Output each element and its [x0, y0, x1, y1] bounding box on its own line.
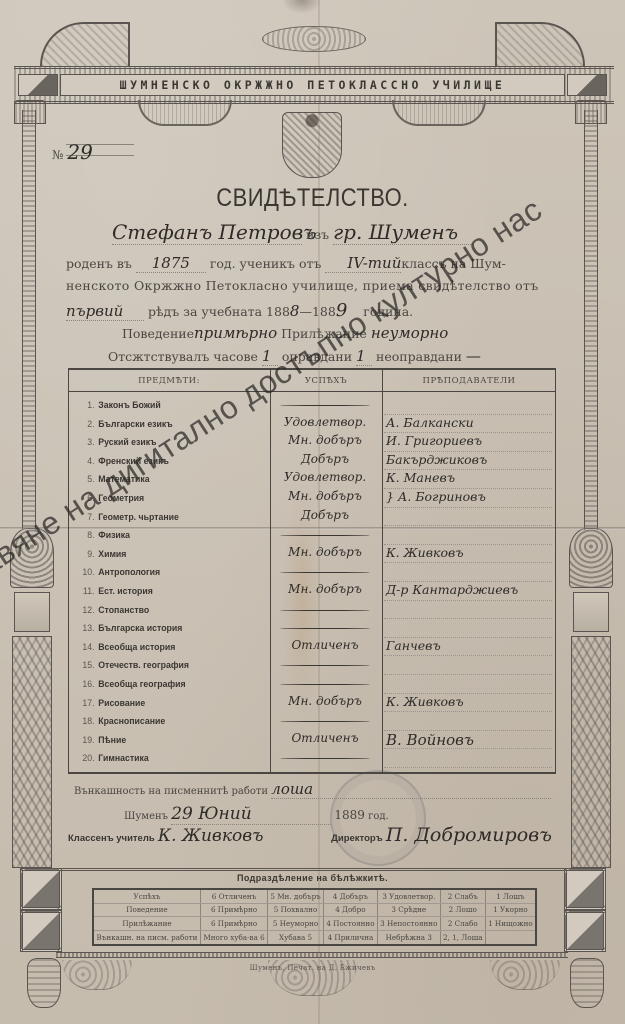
table-row: 16.Всеобща география	[68, 675, 556, 694]
subject: 7.Геометр. чьртание	[78, 512, 262, 523]
absent-label: Отсжтствувалъ часове	[108, 349, 258, 364]
subject: 14.Всеобща история	[78, 642, 262, 653]
grade-value: Мн. добъръ	[270, 433, 380, 447]
table-row: 1.Законъ Божий	[68, 396, 556, 415]
subject: 17.Рисование	[78, 698, 262, 709]
dash-mark	[280, 684, 370, 685]
legend-cell: 2 Слабъ	[440, 890, 485, 903]
legend-cell: 4 Прилична	[324, 931, 378, 944]
conduct-line: Поведениепримѣрно Прилѣжание неуморно	[122, 324, 625, 342]
teacher-sign: Ганчевъ	[386, 638, 556, 653]
teacher-sign: К. Живковъ	[386, 545, 556, 560]
year-suffix: год.	[368, 811, 389, 822]
header-teachers: ПРѢПОДАВАТЕЛИ	[382, 376, 556, 386]
table-row: 3.Руский езикъМн. добъръИ. Григориевъ	[68, 433, 556, 452]
header-subjects: ПРЕДМѢТИ:	[68, 376, 270, 386]
subject-name: Руский езикъ	[98, 437, 156, 448]
table-row: 8.Физика	[68, 526, 556, 545]
row-number: 16.	[78, 679, 95, 690]
dash-mark	[280, 758, 370, 759]
legend-cell: Вънкашн. на писм. работи	[94, 931, 201, 944]
table-row: 9.ХимияМн. добъръК. Живковъ	[68, 545, 556, 564]
right-base-block	[564, 910, 606, 952]
legend-cell: 4 Постоянно	[324, 917, 378, 931]
absence-line: Отсжтствувалъ часове 1 оправдани 1 неопр…	[108, 347, 613, 366]
row-number: 18.	[78, 716, 95, 727]
number-label: №	[52, 148, 63, 162]
rank-value: първий	[66, 302, 144, 321]
subject-name: Ест. история	[98, 586, 153, 597]
table-row: 7.Геометр. чьртаниеДобъръ	[68, 508, 556, 527]
rank-line: първий рѣдъ за учебната 1888—1889 година…	[66, 300, 571, 321]
dash-mark	[280, 628, 370, 629]
table-row: 5.МатематикаУдовлетвор.К. Маневъ	[68, 470, 556, 489]
table-row: 4.Френский езикъДобъръБакърджиковъ	[68, 452, 556, 471]
subject-name: Краснописание	[98, 716, 165, 727]
row-number: 4.	[78, 456, 95, 467]
school-name-band: ШУМНЕНСКО ОКРЖЖНО ПЕТОКЛАССНО УЧИЛИЩЕ	[60, 74, 565, 96]
excused-value: 1	[356, 347, 372, 366]
year-value: 1889	[334, 808, 365, 822]
row-number: 19.	[78, 735, 95, 746]
legend-cell: Небрѣжна 3	[377, 931, 440, 944]
grade-value: Отличенъ	[270, 638, 380, 652]
legend-cell: 3 Удовлетвор.	[377, 890, 440, 903]
class-teacher-signature: К. Живковъ	[158, 826, 328, 846]
subject: 11.Ест. история	[78, 586, 262, 597]
subject: 9.Химия	[78, 549, 262, 560]
right-pillar	[569, 528, 613, 868]
table-row: 17.РисованиеМн. добъръК. Живковъ	[68, 694, 556, 713]
pillar-capital	[569, 528, 613, 588]
subject: 4.Френский езикъ	[78, 456, 262, 467]
legend-cell: Хубава 5	[268, 931, 324, 944]
legend-cell: 2, 1, Лоша	[440, 931, 485, 944]
class-label: классъ на Шум-	[401, 256, 505, 271]
teacher-sign: Бакърджиковъ	[386, 452, 556, 467]
table-row: 20.Гимнастика	[68, 749, 556, 768]
legend-cell: 2 Лошо	[440, 903, 485, 917]
row-number: 1.	[78, 400, 95, 411]
printer-imprint: Шуменъ, Печат. на Д. Бжичевъ	[0, 964, 625, 972]
bottom-border	[56, 952, 568, 958]
school-statement: ненското Окржжно Петокласно училище, при…	[66, 278, 539, 293]
legend-row: Вънкашн. на писм. работиМного хуба-ва 6Х…	[94, 931, 535, 944]
certificate-number: №29	[52, 140, 93, 164]
table-row: 19.ПѣниеОтличенъВ. Войновъ	[68, 731, 556, 750]
subject-name: Гимнастика	[98, 753, 148, 764]
legend-cell: 5 Похвално	[268, 903, 324, 917]
legend-cell: 1 Укорно	[485, 903, 535, 917]
document-title: СВИДѢТЕЛСТВО.	[38, 184, 588, 213]
row-number: 5.	[78, 474, 95, 485]
legend-cell	[485, 931, 535, 944]
row-number: 8.	[78, 530, 95, 541]
unexcused-label: неоправдани	[376, 349, 462, 364]
grade-value: Мн. добъръ	[270, 694, 380, 708]
table-row: 15.Отечеств. география	[68, 656, 556, 675]
row-number: 14.	[78, 642, 95, 653]
subject: 12.Стопанство	[78, 605, 262, 616]
school-year-end: 9	[336, 300, 347, 321]
grade-value: Мн. добъръ	[270, 582, 380, 596]
diligence-value: неуморно	[371, 324, 448, 342]
teacher-sign: А. Балкански	[386, 415, 556, 430]
student-name-line: Стефанъ Петровъ изъ гр. Шуменъ	[112, 220, 617, 245]
grade-value: Мн. добъръ	[270, 489, 380, 503]
written-work-label: Вънкашность на писменнитѣ работи	[74, 786, 268, 797]
legend-cell: 5 Неуморно	[268, 917, 324, 931]
subject: 1.Законъ Божий	[78, 400, 262, 411]
legend-cell: 6 Отличенъ	[201, 890, 268, 903]
conduct-label: Поведение	[122, 326, 194, 341]
subject-name: Геометр. чьртание	[98, 512, 179, 523]
table-row: 10.Антропология	[68, 563, 556, 582]
subject: 2.Български езикъ	[78, 419, 262, 430]
dash-mark	[280, 665, 370, 666]
subject: 10.Антропология	[78, 567, 262, 578]
grade-legend-table: Успѣхъ6 Отличенъ5 Мн. добъръ4 Добъръ3 Уд…	[92, 888, 537, 946]
row-number: 17.	[78, 698, 95, 709]
subject-name: Всеобща география	[98, 679, 185, 690]
teacher-sign: } А. Богриновъ	[386, 489, 556, 504]
legend-cell: 5 Мн. добъръ	[268, 890, 324, 903]
row-number: 6.	[78, 493, 95, 504]
student-name: Стефанъ Петровъ	[112, 220, 302, 245]
grades-table: ПРЕДМѢТИ: УСПѢХЪ ПРѢПОДАВАТЕЛИ 1.Законъ …	[68, 368, 556, 774]
subject: 8.Физика	[78, 530, 262, 541]
absent-hours: 1	[262, 347, 278, 366]
legend-row: Поведение6 Примѣрно5 Похвално4 Добро3 Ср…	[94, 903, 535, 917]
birth-line: роденъ въ 1875 год. ученикъ отъ IV-тийкл…	[66, 254, 571, 273]
table-row: 13.Българска история	[68, 619, 556, 638]
diligence-label: Прилѣжание	[281, 326, 367, 341]
subject-name: Българска история	[98, 623, 182, 634]
legend-cell: 6 Примѣрно	[201, 917, 268, 931]
table-row: 12.Стопанство	[68, 601, 556, 620]
legend-cell: 3 Срѣдне	[377, 903, 440, 917]
legend-cell: Прилѣжание	[94, 917, 201, 931]
left-base-block	[20, 910, 62, 952]
school-name: ШУМНЕНСКО ОКРЖЖНО ПЕТОКЛАССНО УЧИЛИЩЕ	[120, 78, 506, 92]
director-label: Директоръ	[331, 833, 383, 844]
right-corner-ornament	[567, 74, 607, 96]
pillar-shaft	[12, 636, 52, 868]
dash-mark	[280, 721, 370, 722]
subject-name: Отечеств. география	[98, 660, 189, 671]
teacher-sign: Д-р Кантарджиевъ	[386, 582, 556, 597]
from-label: изъ	[306, 227, 329, 242]
legend-cell: Успѣхъ	[94, 890, 201, 903]
school-year-dash: —188	[299, 304, 335, 319]
row-number: 11.	[78, 586, 95, 597]
date-value: 29 Юний	[171, 804, 331, 825]
legend-cell: 2 Слабо	[440, 917, 485, 931]
legend-grid: Успѣхъ6 Отличенъ5 Мн. добъръ4 Добъръ3 Уд…	[94, 890, 535, 944]
dash-mark	[280, 405, 370, 406]
subject: 16.Всеобща география	[78, 679, 262, 690]
legend-cell: 1 Нищожно	[485, 917, 535, 931]
teacher-sign: К. Живковъ	[386, 694, 556, 709]
row-number: 9.	[78, 549, 95, 560]
legend-cell: 4 Добъръ	[324, 890, 378, 903]
subject-name: Всеобща история	[98, 642, 175, 653]
left-border-column	[22, 110, 36, 530]
subject: 13.Българска история	[78, 623, 262, 634]
subject: 5.Математика	[78, 474, 262, 485]
legend-cell: Много хуба-ва 6	[201, 931, 268, 944]
legend-cell: 1 Лошъ	[485, 890, 535, 903]
date-line: Шуменъ 29 Юний 1889 год.	[124, 804, 389, 825]
legend-row: Успѣхъ6 Отличенъ5 Мн. добъръ4 Добъръ3 Уд…	[94, 890, 535, 903]
subject-name: Законъ Божий	[98, 400, 160, 411]
pillar-pedestal	[573, 592, 609, 632]
teacher-sign: К. Маневъ	[386, 470, 556, 485]
grade-value: Отличенъ	[270, 731, 380, 745]
table-row: 11.Ест. историяМн. добъръД-р Кантарджиев…	[68, 582, 556, 601]
legend-cell: 4 Добро	[324, 903, 378, 917]
subject-name: Български езикъ	[98, 419, 172, 430]
row-number: 20.	[78, 753, 95, 764]
number-value: 29	[67, 140, 92, 164]
row-number: 10.	[78, 567, 95, 578]
table-row: 14.Всеобща историяОтличенъГанчевъ	[68, 638, 556, 657]
right-medallion	[392, 100, 486, 126]
birth-year: 1875	[136, 254, 206, 273]
legend-row: Прилѣжание6 Примѣрно5 Неуморно4 Постоянн…	[94, 917, 535, 931]
subject-name: Математика	[98, 474, 149, 485]
rank-label: рѣдъ за учебната 188	[148, 304, 290, 319]
excused-label: оправдани	[282, 349, 352, 364]
dash-mark	[280, 535, 370, 536]
subject-name: Геометрия	[98, 493, 144, 504]
director-signature: П. Добромировъ	[386, 824, 552, 846]
written-work-line: Вънкашность на писменнитѣ работи лоша	[74, 780, 551, 799]
left-pillar	[10, 528, 54, 868]
subject-name: Рисование	[98, 698, 145, 709]
year-label: год. ученикъ отъ	[210, 256, 322, 271]
right-border-column	[584, 110, 598, 530]
table-row: 6.ГеометрияМн. добъръ} А. Богриновъ	[68, 489, 556, 508]
table-row: 18.Краснописание	[68, 712, 556, 731]
teacher-sign: В. Войновъ	[386, 731, 556, 749]
legend-cell: 6 Примѣрно	[201, 903, 268, 917]
ribbon-mark	[282, 0, 322, 14]
subject: 20.Гимнастика	[78, 753, 262, 764]
row-number: 3.	[78, 437, 95, 448]
subject-name: Антропология	[98, 567, 160, 578]
coat-of-arms-icon	[282, 112, 342, 178]
subject: 6.Геометрия	[78, 493, 262, 504]
subject-name: Пѣние	[98, 735, 126, 746]
header-grade: УСПѢХЪ	[270, 376, 382, 386]
subject-name: Химия	[98, 549, 126, 560]
grade-value: Удовлетвор.	[270, 470, 380, 484]
pillar-capital	[10, 528, 54, 588]
top-center-ornament	[262, 26, 366, 52]
legend-cell: Поведение	[94, 903, 201, 917]
subject: 18.Краснописание	[78, 716, 262, 727]
subject: 15.Отечеств. география	[78, 660, 262, 671]
row-number: 2.	[78, 419, 95, 430]
subject-name: Френский езикъ	[98, 456, 169, 467]
signature-line: Классенъ учитель К. Живковъ Директоръ П.…	[68, 824, 552, 846]
table-header: ПРЕДМѢТИ: УСПѢХЪ ПРѢПОДАВАТЕЛИ	[68, 374, 556, 392]
pillar-pedestal	[14, 592, 50, 632]
year-suffix: година.	[363, 304, 413, 319]
born-label: роденъ въ	[66, 256, 132, 271]
grade-value: Удовлетвор.	[270, 415, 380, 429]
legend-title: Подраздѣление на бѣлѣжкитѣ.	[0, 873, 625, 883]
written-work-value: лоша	[271, 780, 551, 799]
table-row: 2.Български езикъУдовлетвор.А. Балкански	[68, 415, 556, 434]
unexcused-value: —	[466, 347, 481, 365]
row-number: 13.	[78, 623, 95, 634]
row-number: 15.	[78, 660, 95, 671]
subject-name: Физика	[98, 530, 130, 541]
school-line: ненското Окржжно Петокласно училище, при…	[66, 278, 571, 293]
row-number: 12.	[78, 605, 95, 616]
left-corner-ornament	[18, 74, 58, 96]
grade-value: Мн. добъръ	[270, 545, 380, 559]
grade-value: Добъръ	[270, 452, 380, 466]
left-medallion	[138, 100, 232, 126]
pillar-shaft	[571, 636, 611, 868]
class-teacher-label: Классенъ учитель	[68, 833, 155, 844]
dash-mark	[280, 610, 370, 611]
row-number: 7.	[78, 512, 95, 523]
teacher-sign: И. Григориевъ	[386, 433, 556, 448]
grade-value: Добъръ	[270, 508, 380, 522]
legend-cell: 3 Непостоянно	[377, 917, 440, 931]
dash-mark	[280, 572, 370, 573]
subject-name: Стопанство	[98, 605, 149, 616]
subject: 19.Пѣние	[78, 735, 262, 746]
conduct-value: примѣрно	[194, 324, 277, 342]
student-town: гр. Шуменъ	[333, 220, 473, 245]
subject: 3.Руский езикъ	[78, 437, 262, 448]
teacher-line	[384, 767, 552, 768]
place-label: Шуменъ	[124, 811, 168, 822]
class-value: IV-тий	[325, 254, 401, 273]
